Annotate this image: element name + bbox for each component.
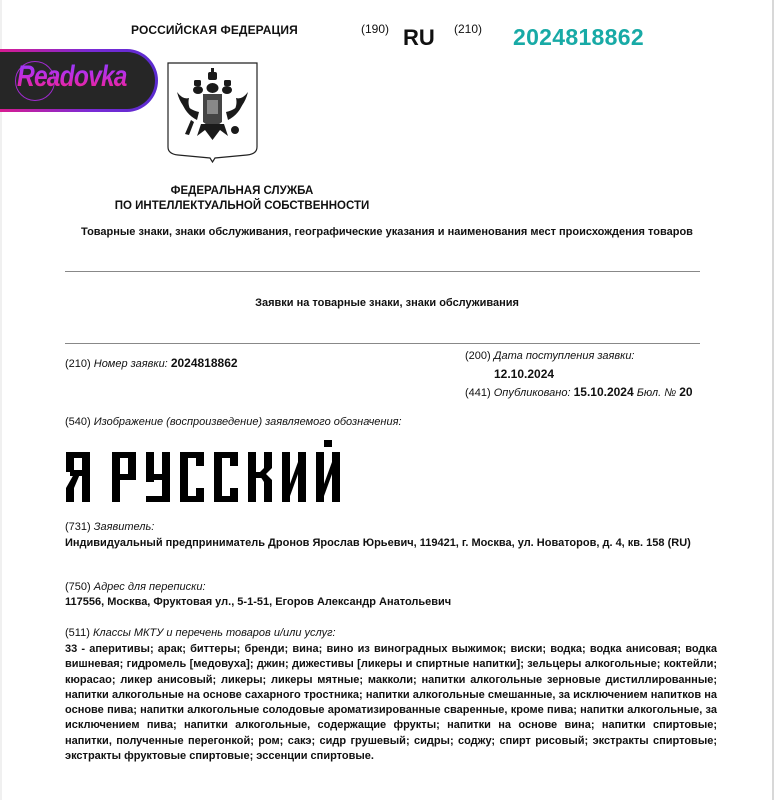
field-code: (540) <box>65 416 91 428</box>
field-label: Изображение (воспроизведение) заявляемог… <box>94 416 402 428</box>
field-label: Дата поступления заявки: <box>494 350 635 362</box>
bulletin-label: Бюл. № <box>637 387 676 399</box>
applicant: Индивидуальный предприниматель Дронов Яр… <box>65 536 725 551</box>
field-code: (200) <box>465 350 491 362</box>
field-label: Заявитель: <box>94 521 155 533</box>
agency-name-line2: ПО ИНТЕЛЛЕКТУАЛЬНОЙ СОБСТВЕННОСТИ <box>0 200 484 212</box>
document-subtitle: Товарные знаки, знаки обслуживания, геог… <box>0 226 774 238</box>
russian-coat-of-arms-icon <box>167 62 258 163</box>
country-name: РОССИЙСКАЯ ФЕДЕРАЦИЯ <box>131 23 298 37</box>
bulletin-number: 20 <box>679 385 692 399</box>
section-title: Заявки на товарные знаки, знаки обслужив… <box>0 297 774 309</box>
field-731: (731) Заявитель: <box>65 521 154 533</box>
publication-date: 15.10.2024 <box>574 385 634 399</box>
field-label: Номер заявки: <box>94 358 168 370</box>
field-210: (210) Номер заявки: 2024818862 <box>65 356 238 370</box>
field-code: (750) <box>65 581 91 593</box>
code-190: (190) <box>361 22 389 36</box>
divider <box>65 343 700 344</box>
svg-text:Я РУССКИЙ: Я РУССКИЙ <box>66 440 72 441</box>
application-number-header: 2024818862 <box>513 24 644 51</box>
field-441: (441) Опубликовано: 15.10.2024 Бюл. № 20 <box>465 385 693 399</box>
trademark-image: Я РУССКИЙ <box>66 440 366 502</box>
field-label: Адрес для переписки: <box>94 581 206 593</box>
field-200: (200) Дата поступления заявки: <box>465 350 635 362</box>
goods-list: 33 - аперитивы; арак; биттеры; бренди; в… <box>65 642 717 764</box>
field-code: (441) <box>465 387 491 399</box>
correspondence-address: 117556, Москва, Фруктовая ул., 5-1-51, Е… <box>65 596 451 608</box>
readovka-logo-text: Readovka <box>17 60 127 94</box>
agency-name-line1: ФЕДЕРАЛЬНАЯ СЛУЖБА <box>0 185 484 197</box>
field-code: (210) <box>65 358 91 370</box>
field-label: Классы МКТУ и перечень товаров и/или усл… <box>93 627 336 639</box>
field-750: (750) Адрес для переписки: <box>65 581 206 593</box>
field-540: (540) Изображение (воспроизведение) заяв… <box>65 416 402 428</box>
field-code: (511) <box>65 627 90 639</box>
page-edge-left <box>0 0 2 800</box>
filing-date: 12.10.2024 <box>494 367 554 381</box>
divider <box>65 271 700 272</box>
field-code: (731) <box>65 521 91 533</box>
application-number: 2024818862 <box>171 356 238 370</box>
field-511: (511) Классы МКТУ и перечень товаров и/и… <box>65 627 336 639</box>
code-210: (210) <box>454 22 482 36</box>
readovka-watermark: Readovka <box>0 49 158 112</box>
field-label: Опубликовано: <box>494 387 571 399</box>
country-code: RU <box>403 25 435 51</box>
